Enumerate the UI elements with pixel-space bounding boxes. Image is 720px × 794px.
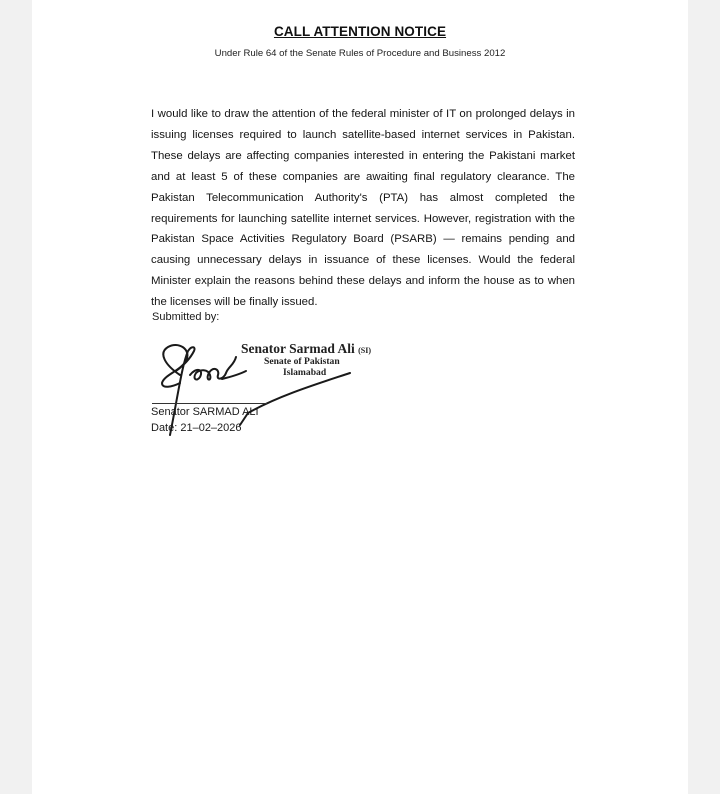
notice-body: I would like to draw the attention of th… xyxy=(151,104,575,313)
stamp-city: Islamabad xyxy=(283,367,371,378)
notice-subtitle: Under Rule 64 of the Senate Rules of Pro… xyxy=(32,48,688,59)
stamp-organization: Senate of Pakistan xyxy=(264,356,371,367)
stamp-suffix: (SI) xyxy=(358,346,371,355)
notice-title: CALL ATTENTION NOTICE xyxy=(32,24,688,39)
signer-name: Senator SARMAD ALI xyxy=(151,405,259,421)
signer-block: Senator SARMAD ALI Date: 21–02–2026 xyxy=(151,405,259,436)
signature-line xyxy=(152,403,267,404)
document-page: CALL ATTENTION NOTICE Under Rule 64 of t… xyxy=(32,0,688,794)
senator-stamp: Senator Sarmad Ali (SI) Senate of Pakist… xyxy=(241,341,371,378)
submitted-by-label: Submitted by: xyxy=(152,311,219,323)
date-line: Date: 21–02–2026 xyxy=(151,421,259,437)
stamp-name: Senator Sarmad Ali (SI) xyxy=(241,341,371,357)
